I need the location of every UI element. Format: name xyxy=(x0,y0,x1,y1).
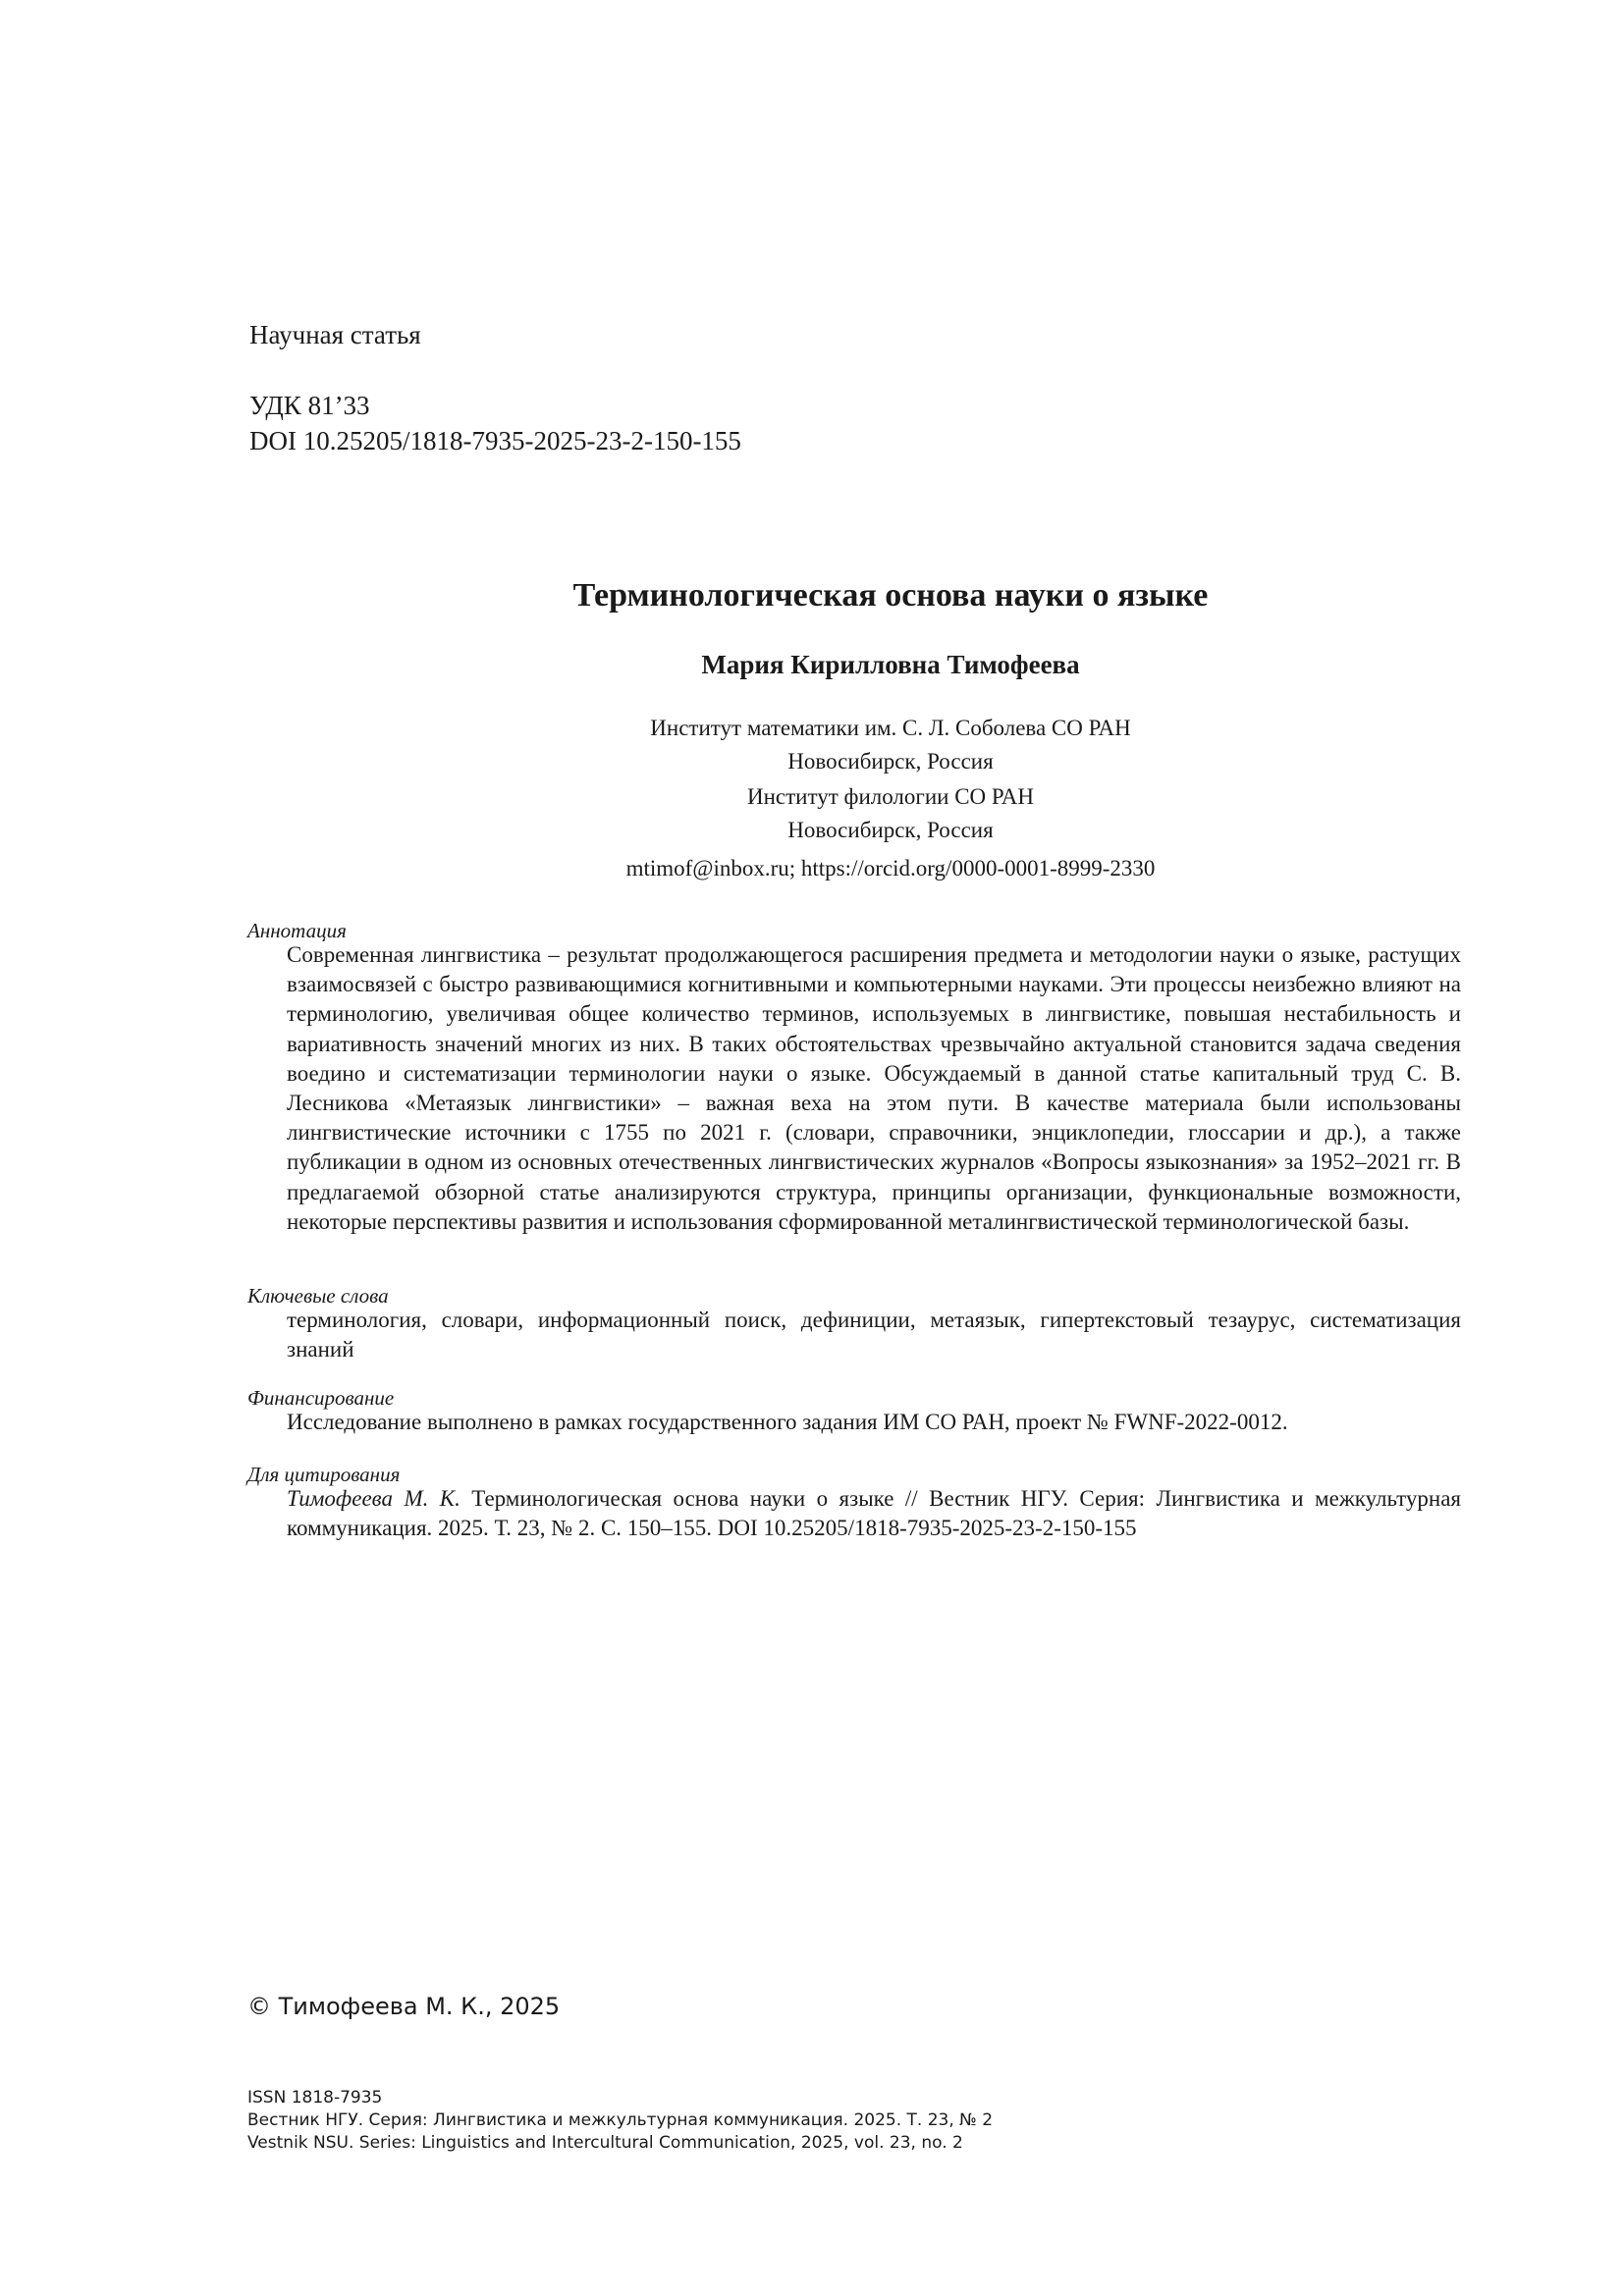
doi: DOI 10.25205/1818-7935-2025-23-2-150-155 xyxy=(249,426,741,456)
udc-code: УДК 81’33 xyxy=(249,391,370,421)
affiliation-2: Институт филологии СО РАН Новосибирск, Р… xyxy=(0,780,1624,847)
funding-text: Исследование выполнено в рамках государс… xyxy=(287,1408,1461,1437)
abstract-text: Современная лингвистика – результат прод… xyxy=(287,940,1461,1237)
affiliation-institution: Институт математики им. С. Л. Соболева С… xyxy=(157,712,1624,745)
citation-author: Тимофеева М. К. xyxy=(287,1486,460,1511)
article-title: Терминологическая основа науки о языке xyxy=(0,577,1624,614)
citation-text: Тимофеева М. К. Терминологическая основа… xyxy=(287,1484,1461,1543)
keywords-text: терминология, словари, информационный по… xyxy=(287,1306,1461,1364)
journal-info-ru: Вестник НГУ. Серия: Лингвистика и межкул… xyxy=(247,2110,993,2130)
author-contacts: mtimof@inbox.ru; https://orcid.org/0000-… xyxy=(0,856,1624,881)
affiliation-1: Институт математики им. С. Л. Соболева С… xyxy=(0,712,1624,778)
affiliation-location: Новосибирск, Россия xyxy=(157,814,1624,847)
affiliation-location: Новосибирск, Россия xyxy=(157,745,1624,778)
copyright: © Тимофеева М. К., 2025 xyxy=(247,1993,560,2020)
article-type: Научная статья xyxy=(249,320,421,350)
issn: ISSN 1818-7935 xyxy=(247,2088,382,2108)
journal-info-en: Vestnik NSU. Series: Linguistics and Int… xyxy=(247,2133,963,2153)
author-name: Мария Кирилловна Тимофеева xyxy=(0,650,1624,680)
citation-reference: Терминологическая основа науки о языке /… xyxy=(287,1486,1461,1540)
affiliation-institution: Институт филологии СО РАН xyxy=(157,780,1624,814)
